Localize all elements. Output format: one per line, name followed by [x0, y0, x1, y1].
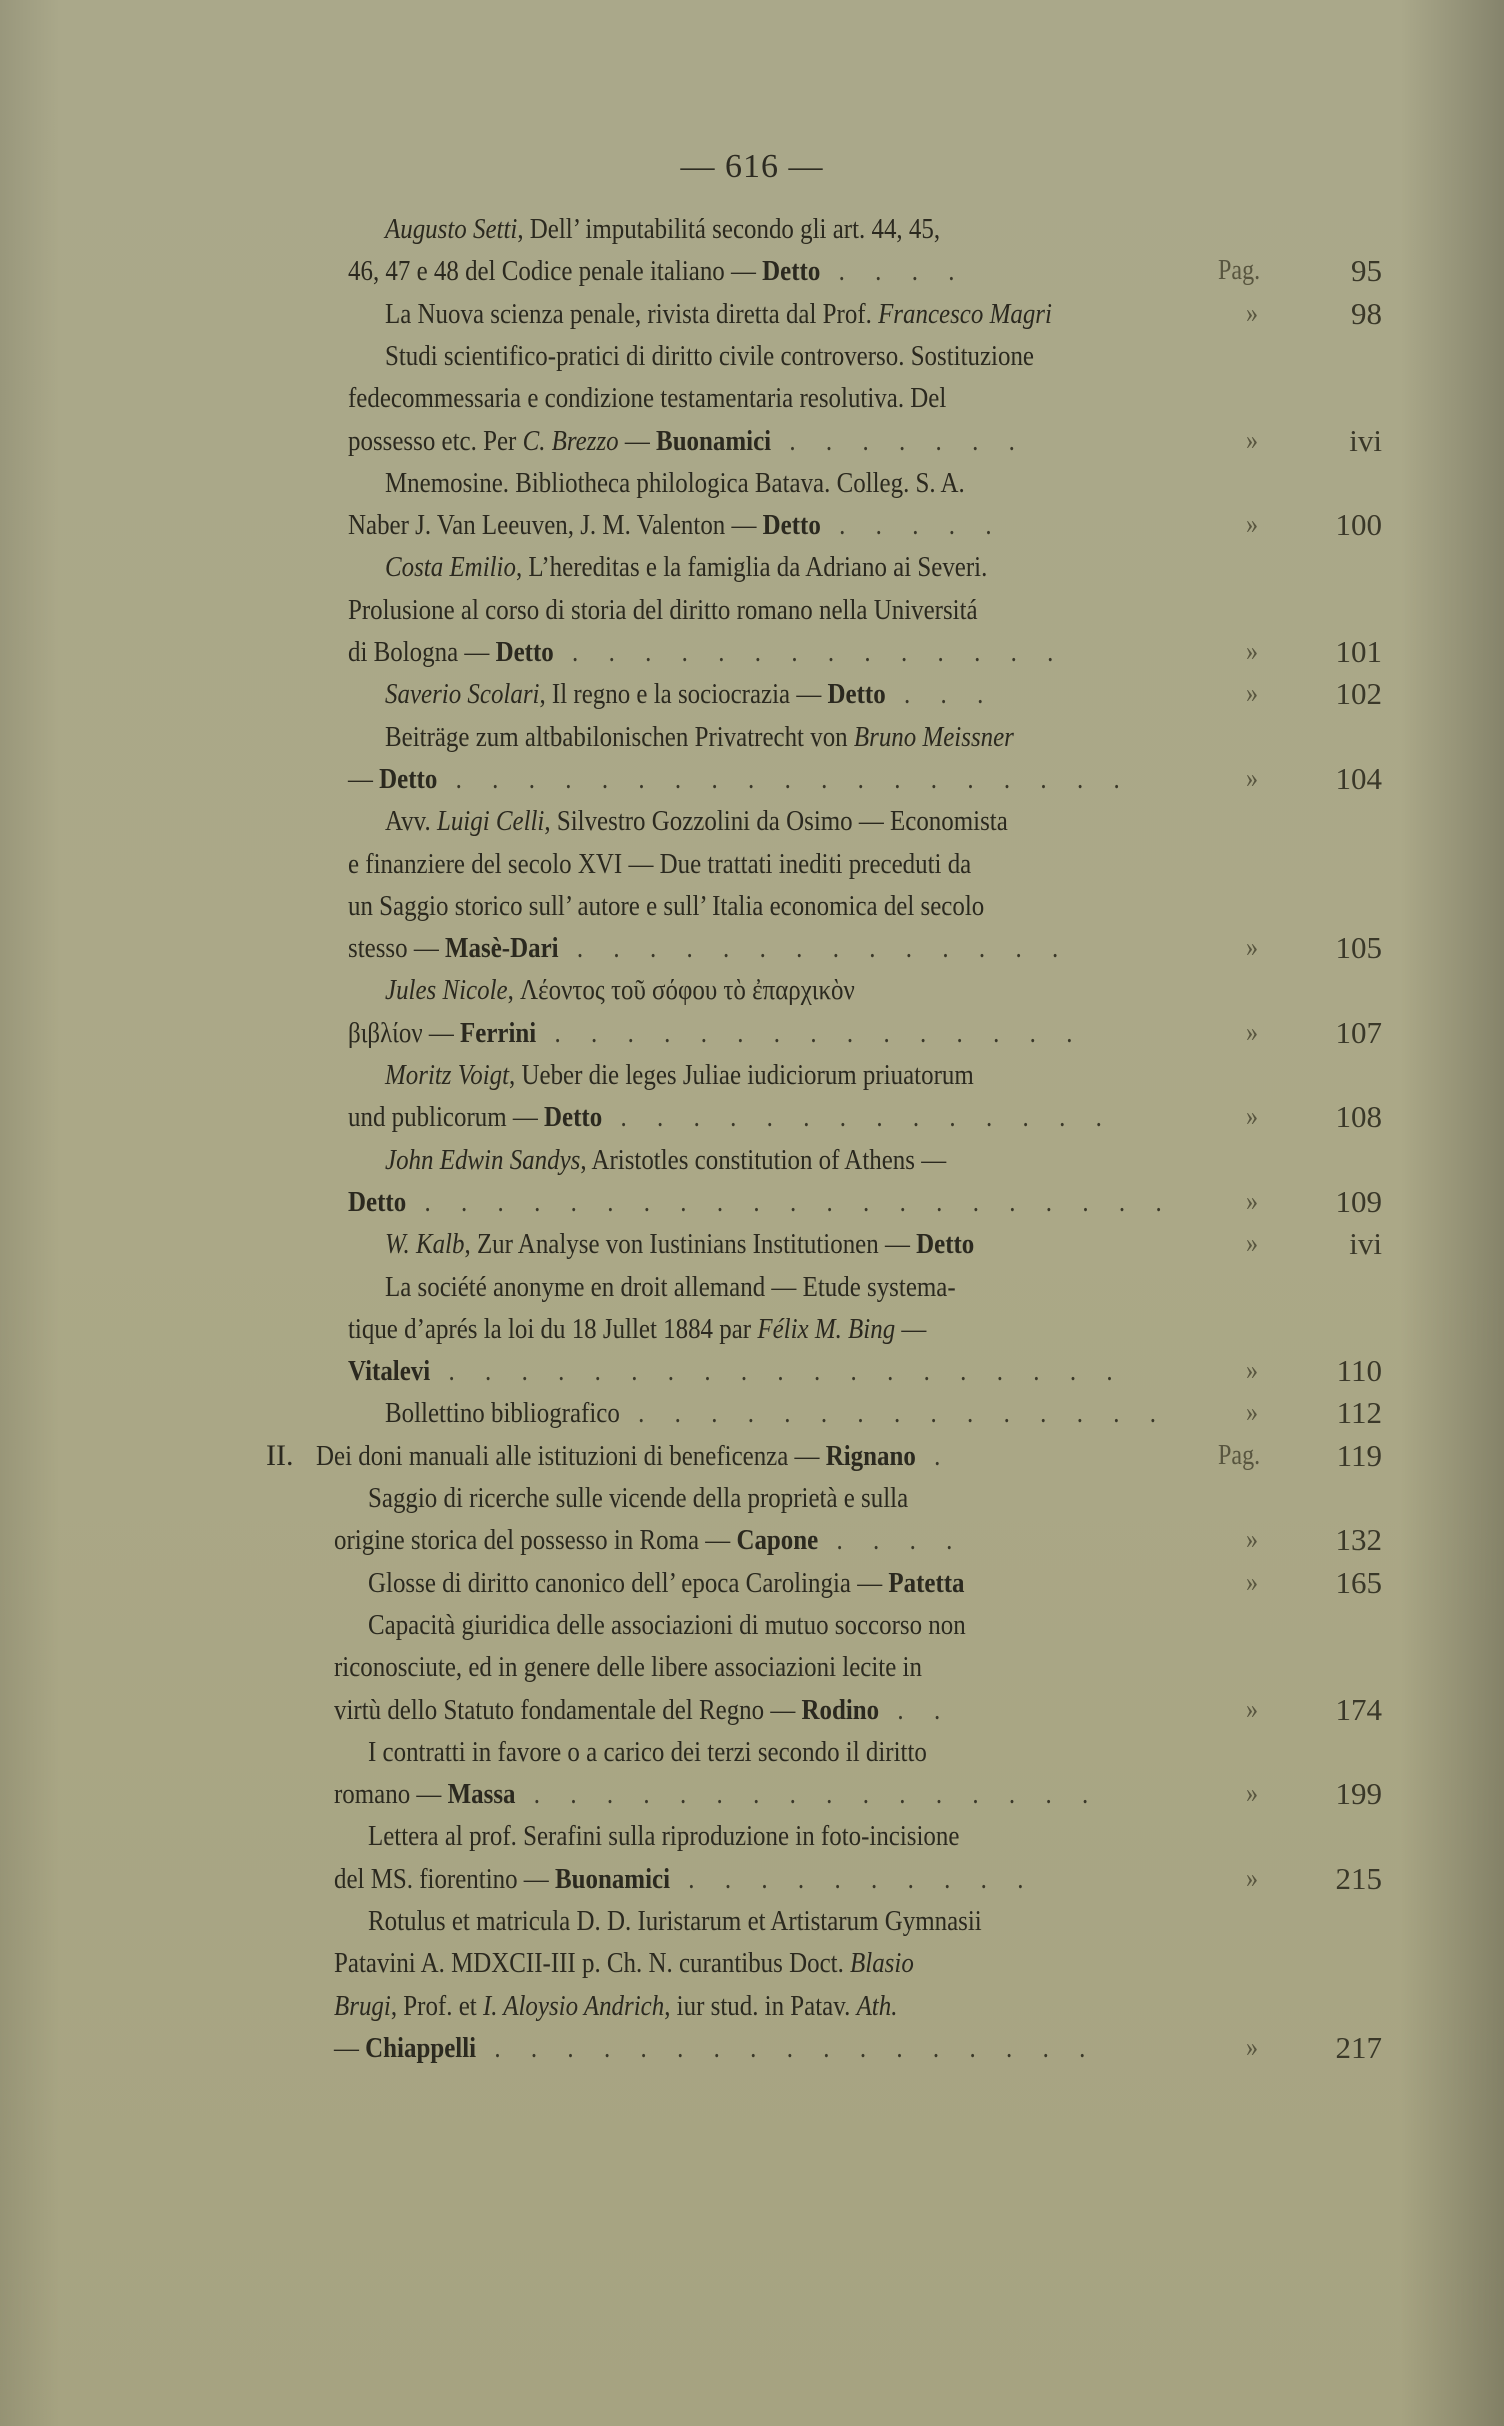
author-name: Francesco Magri [878, 298, 1052, 330]
title-text: Studi scientifico-pratici di diritto civ… [385, 340, 1034, 372]
toc-entry-line: del MS. fiorentino — Buonamici . . . . .… [334, 1858, 1036, 1900]
leader-dots: . . . . . . . . . . . . . . . . . . . [437, 763, 1131, 795]
title-text: Prolusione al corso di storia del diritt… [348, 594, 978, 626]
leader-dots: . . [879, 1694, 952, 1726]
author-name: Moritz Voigt [385, 1059, 509, 1091]
reviewer-name: Vitalevi [348, 1355, 430, 1387]
title-text: Rotulus et matricula D. D. Iuristarum et… [368, 1905, 982, 1937]
author-name: Costa Emilio [385, 551, 516, 583]
leader-dots: . . . . . . . . . . . . . . [602, 1101, 1114, 1133]
leader-dots: . . . . . . . . . . . . . . . . [516, 1778, 1101, 1810]
page-reference: ivi [1262, 1223, 1382, 1265]
reviewer-name: Detto [348, 1186, 406, 1218]
ditto-mark: » [1246, 927, 1258, 969]
title-text: Patavini A. MDXCII-III p. Ch. N. curanti… [334, 1947, 850, 1979]
ditto-mark: » [1246, 1223, 1258, 1265]
ditto-mark: » [1246, 2027, 1258, 2069]
toc-entry-line: Brugi, Prof. et I. Aloysio Andrich, iur … [334, 1985, 897, 2027]
toc-entry-line: Detto . . . . . . . . . . . . . . . . . … [348, 1181, 1174, 1223]
toc-entry-line: 46, 47 e 48 del Codice penale italiano —… [348, 250, 967, 292]
page-label: Pag. [1218, 1435, 1260, 1477]
title-text: tique d’aprés la loi du 18 Jullet 1884 p… [348, 1313, 757, 1345]
page-label: Pag. [1218, 250, 1260, 292]
ditto-mark: » [1246, 631, 1258, 673]
toc-entry-line: possesso etc. Per C. Brezzo — Buonamici … [348, 420, 1027, 462]
leader-dots: . . . . . . . [771, 425, 1027, 457]
toc-entry-line: Saggio di ricerche sulle vicende della p… [368, 1477, 908, 1519]
ditto-mark: » [1246, 1562, 1258, 1604]
toc-entry-line: stesso — Masè-Dari . . . . . . . . . . .… [348, 927, 1070, 969]
reviewer-name: Patetta [888, 1567, 964, 1599]
author-name: John Edwin Sandys [385, 1144, 580, 1176]
title-text: di Bologna — [348, 636, 496, 668]
leader-dots: . . . . . . . . . . . . . . . . . . . [430, 1355, 1124, 1387]
ditto-mark: » [1246, 1773, 1258, 1815]
page-reference: 107 [1262, 1012, 1382, 1054]
ditto-mark: » [1246, 1012, 1258, 1054]
page-reference: 101 [1262, 631, 1382, 673]
reviewer-name: Ferrini [460, 1017, 536, 1049]
title-text: La Nuova scienza penale, rivista diretta… [385, 298, 878, 330]
title-text: e finanziere del secolo XVI — Due tratta… [348, 848, 971, 880]
page-reference: 174 [1262, 1689, 1382, 1731]
page-reference: 105 [1262, 927, 1382, 969]
reviewer-name: Masè-Dari [445, 932, 559, 964]
toc-entry-line: un Saggio storico sull’ autore e sull’ I… [348, 885, 984, 927]
toc-entry-line: Moritz Voigt, Ueber die leges Juliae iud… [385, 1054, 974, 1096]
ditto-mark: » [1246, 1350, 1258, 1392]
toc-entry-line: virtù dello Statuto fondamentale del Reg… [334, 1689, 952, 1731]
ditto-mark: » [1246, 1519, 1258, 1561]
toc-entry-line: Naber J. Van Leeuven, J. M. Valenton — D… [348, 504, 1004, 546]
toc-entry-line: W. Kalb, Zur Analyse von Iustinians Inst… [385, 1223, 974, 1265]
title-text: , Ueber die leges Juliae iudiciorum priu… [509, 1059, 974, 1091]
ditto-mark: » [1246, 504, 1258, 546]
page-reference: 95 [1262, 250, 1382, 292]
title-text: I contratti in favore o a carico dei ter… [368, 1736, 927, 1768]
page-number-header: — 616 — [0, 148, 1504, 186]
reviewer-name: Buonamici [555, 1863, 670, 1895]
toc-entry-line: Prolusione al corso di storia del diritt… [348, 589, 978, 631]
page-reference: 104 [1262, 758, 1382, 800]
ditto-mark: » [1246, 1858, 1258, 1900]
toc-entry-line: John Edwin Sandys, Aristotles constituti… [385, 1139, 946, 1181]
title-text: , Zur Analyse von Iustinians Institution… [464, 1228, 916, 1260]
page-reference: 199 [1262, 1773, 1382, 1815]
toc-entry-line: Capacità giuridica delle associazioni di… [368, 1604, 966, 1646]
author-name: Ath. [857, 1990, 898, 2022]
title-text: , Aristotles constitution of Athens — [580, 1144, 946, 1176]
toc-entry-line: Bollettino bibliografico . . . . . . . .… [385, 1392, 1168, 1434]
title-text: Mnemosine. Bibliotheca philologica Batav… [385, 467, 965, 499]
title-text: riconosciute, ed in genere delle libere … [334, 1651, 922, 1683]
reviewer-name: Detto [496, 636, 554, 668]
author-name: W. Kalb [385, 1228, 464, 1260]
leader-dots: . . . . [820, 255, 966, 287]
title-text: , L’hereditas e la famiglia da Adriano a… [516, 551, 987, 583]
page-reference: 119 [1262, 1435, 1382, 1477]
title-text: del MS. fiorentino — [334, 1863, 555, 1895]
leader-dots: . . . . . . . . . . . . . . . [620, 1397, 1168, 1429]
title-text: — [619, 425, 656, 457]
title-text: — [334, 2032, 365, 2064]
toc-entry-line: Augusto Setti, Dell’ imputabilitá second… [385, 208, 940, 250]
ditto-mark: » [1246, 758, 1258, 800]
author-name: Bruno Meissner [854, 721, 1014, 753]
title-text: virtù dello Statuto fondamentale del Reg… [334, 1694, 802, 1726]
toc-entry-line: Dei doni manuali alle istituzioni di ben… [316, 1435, 952, 1477]
reviewer-name: Capone [736, 1524, 818, 1556]
ditto-mark: » [1246, 673, 1258, 715]
page-reference: ivi [1262, 420, 1382, 462]
page-reference: 217 [1262, 2027, 1382, 2069]
page-reference: 215 [1262, 1858, 1382, 1900]
author-name: Félix M. Bing [757, 1313, 895, 1345]
title-text: , Λέοντος τοῦ σόφου τὸ ἐπαρχικὸν [508, 974, 855, 1006]
title-text: , Prof. et [391, 1990, 483, 2022]
title-text: Dei doni manuali alle istituzioni di ben… [316, 1440, 826, 1472]
author-name: C. Brezzo [523, 425, 619, 457]
toc-entry-line: Mnemosine. Bibliotheca philologica Batav… [385, 462, 965, 504]
toc-entry-line: di Bologna — Detto . . . . . . . . . . .… [348, 631, 1065, 673]
toc-entry-line: La Nuova scienza penale, rivista diretta… [385, 293, 1052, 335]
title-text: 46, 47 e 48 del Codice penale italiano — [348, 255, 762, 287]
toc-entry-line: Patavini A. MDXCII-III p. Ch. N. curanti… [334, 1942, 914, 1984]
title-text: , iur stud. in Patav. [664, 1990, 856, 2022]
toc-entry-line: — Chiappelli . . . . . . . . . . . . . .… [334, 2027, 1097, 2069]
toc-entry-line: origine storica del possesso in Roma — C… [334, 1519, 964, 1561]
toc-entry-line: La société anonyme en droit allemand — E… [385, 1266, 956, 1308]
book-page: — 616 — Augusto Setti, Dell’ imputabilit… [0, 0, 1504, 2426]
toc-entry-line: Glosse di diritto canonico dell’ epoca C… [368, 1562, 965, 1604]
author-name: Blasio [850, 1947, 914, 1979]
reviewer-name: Detto [828, 678, 886, 710]
title-text: Beiträge zum altbabilonischen Privatrech… [385, 721, 854, 753]
toc-entry-line: — Detto . . . . . . . . . . . . . . . . … [348, 758, 1132, 800]
page-reference: 109 [1262, 1181, 1382, 1223]
toc-entry-line: Avv. Luigi Celli, Silvestro Gozzolini da… [385, 800, 1008, 842]
page-reference: 110 [1262, 1350, 1382, 1392]
toc-entry-line: Lettera al prof. Serafini sulla riproduz… [368, 1815, 959, 1857]
title-text: , Dell’ imputabilitá secondo gli art. 44… [517, 213, 940, 245]
title-text: Capacità giuridica delle associazioni di… [368, 1609, 966, 1641]
title-text: βιβλίον — [348, 1017, 460, 1049]
title-text: , Silvestro Gozzolini da Osimo — Economi… [544, 805, 1007, 837]
reviewer-name: Massa [448, 1778, 516, 1810]
page-reference: 132 [1262, 1519, 1382, 1561]
ditto-mark: » [1246, 1689, 1258, 1731]
ditto-mark: » [1246, 1181, 1258, 1223]
reviewer-name: Detto [916, 1228, 974, 1260]
author-name: Saverio Scolari [385, 678, 539, 710]
leader-dots: . . . . . . . . . . [670, 1863, 1035, 1895]
toc-entry-line: Rotulus et matricula D. D. Iuristarum et… [368, 1900, 982, 1942]
leader-dots: . . . . . . . . . . . . . . [559, 932, 1071, 964]
ditto-mark: » [1246, 1096, 1258, 1138]
section-number: II. [266, 1435, 293, 1477]
author-name: Luigi Celli [437, 805, 544, 837]
toc-entry-line: Saverio Scolari, Il regno e la sociocraz… [385, 673, 995, 715]
title-text: Bollettino bibliografico [385, 1397, 620, 1429]
leader-dots: . . . [886, 678, 996, 710]
toc-entry-line: tique d’aprés la loi du 18 Jullet 1884 p… [348, 1308, 926, 1350]
leader-dots: . [916, 1440, 953, 1472]
title-text: possesso etc. Per [348, 425, 523, 457]
author-name: Jules Nicole [385, 974, 508, 1006]
reviewer-name: Rignano [826, 1440, 916, 1472]
title-text: Glosse di diritto canonico dell’ epoca C… [368, 1567, 888, 1599]
title-text: fedecommessaria e condizione testamentar… [348, 382, 946, 414]
leader-dots: . . . . . . . . . . . . . . . . . [476, 2032, 1097, 2064]
ditto-mark: » [1246, 1392, 1258, 1434]
author-name: Brugi [334, 1990, 391, 2022]
toc-entry-line: und publicorum — Detto . . . . . . . . .… [348, 1096, 1114, 1138]
page-reference: 108 [1262, 1096, 1382, 1138]
title-text: Saggio di ricerche sulle vicende della p… [368, 1482, 908, 1514]
ditto-mark: » [1246, 420, 1258, 462]
title-text: un Saggio storico sull’ autore e sull’ I… [348, 890, 984, 922]
page-reference: 98 [1262, 293, 1382, 335]
ditto-mark: » [1246, 293, 1258, 335]
reviewer-name: Detto [379, 763, 437, 795]
leader-dots: . . . . . . . . . . . . . . . . . . . . … [406, 1186, 1174, 1218]
title-text: — [895, 1313, 926, 1345]
title-text: La société anonyme en droit allemand — E… [385, 1271, 956, 1303]
title-text: Avv. [385, 805, 437, 837]
leader-dots: . . . . . [821, 509, 1004, 541]
toc-entry-line: romano — Massa . . . . . . . . . . . . .… [334, 1773, 1100, 1815]
reviewer-name: Detto [763, 509, 821, 541]
toc-entry-line: Studi scientifico-pratici di diritto civ… [385, 335, 1034, 377]
leader-dots: . . . . . . . . . . . . . . [554, 636, 1066, 668]
reviewer-name: Rodino [802, 1694, 880, 1726]
toc-entry-line: βιβλίον — Ferrini . . . . . . . . . . . … [348, 1012, 1084, 1054]
toc-entry-line: I contratti in favore o a carico dei ter… [368, 1731, 927, 1773]
toc-entry-line: Jules Nicole, Λέοντος τοῦ σόφου τὸ ἐπαρχ… [385, 969, 855, 1011]
title-text: , Il regno e la sociocrazia — [539, 678, 827, 710]
page-reference: 112 [1262, 1392, 1382, 1434]
toc-entry-line: fedecommessaria e condizione testamentar… [348, 377, 946, 419]
page-reference: 165 [1262, 1562, 1382, 1604]
title-text: romano — [334, 1778, 448, 1810]
reviewer-name: Chiappelli [365, 2032, 476, 2064]
reviewer-name: Buonamici [656, 425, 771, 457]
page-reference: 102 [1262, 673, 1382, 715]
title-text: und publicorum — [348, 1101, 544, 1133]
reviewer-name: Detto [544, 1101, 602, 1133]
title-text: origine storica del possesso in Roma — [334, 1524, 736, 1556]
reviewer-name: Detto [762, 255, 820, 287]
title-text: — [348, 763, 379, 795]
toc-entry-line: e finanziere del secolo XVI — Due tratta… [348, 843, 971, 885]
toc-entry-line: riconosciute, ed in genere delle libere … [334, 1646, 922, 1688]
page-reference: 100 [1262, 504, 1382, 546]
leader-dots: . . . . . . . . . . . . . . . [536, 1017, 1084, 1049]
toc-entry-line: Beiträge zum altbabilonischen Privatrech… [385, 716, 1014, 758]
title-text: Naber J. Van Leeuven, J. M. Valenton — [348, 509, 763, 541]
toc-entry-line: Vitalevi . . . . . . . . . . . . . . . .… [348, 1350, 1125, 1392]
leader-dots: . . . . [818, 1524, 964, 1556]
toc-entry-line: Costa Emilio, L’hereditas e la famiglia … [385, 546, 987, 588]
title-text: Lettera al prof. Serafini sulla riproduz… [368, 1820, 959, 1852]
title-text: stesso — [348, 932, 445, 964]
author-name: I. Aloysio Andrich [483, 1990, 664, 2022]
author-name: Augusto Setti [385, 213, 517, 245]
